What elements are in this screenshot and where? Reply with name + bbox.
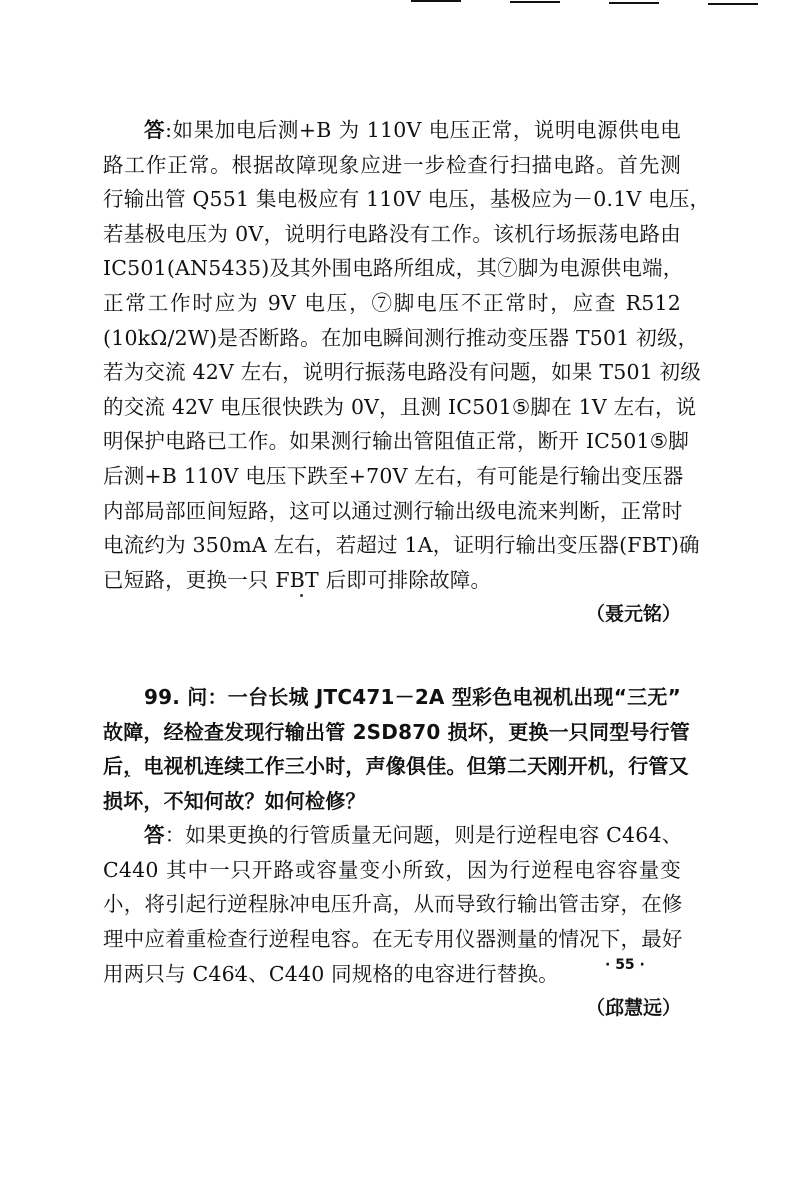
answer-98-line-7: (10kΩ/2W)是否断路。在加电瞬间测行推动变压器 T501 初级，	[103, 321, 681, 356]
scan-speck	[235, 969, 237, 971]
answer-98: 答:如果加电后测+B 为 110V 电压正常，说明电源供电电 路工作正常。根据故…	[103, 113, 681, 597]
answer-98-line-10: 明保护电路已工作。如果测行输出管阻值正常，断开 IC501⑤脚	[103, 424, 681, 459]
answer-98-line-6: 正常工作时应为 9V 电压，⑦脚电压不正常时，应查 R512	[103, 286, 681, 321]
answer-99-line-5: 用两只与 C464、C440 同规格的电容进行替换。	[103, 957, 681, 992]
answer-99-line-2: C440 其中一只开路或容量变小所致，因为行逆程电容容量变	[103, 853, 681, 888]
question-99-line-4: 损坏，不知何故？如何检修？	[103, 784, 681, 819]
answer-99-line-3: 小，将引起行逆程脉冲电压升高，从而导致行输出管击穿，在修	[103, 887, 681, 922]
question-99-line-2: 故障，经检查发现行输出管 2SD870 损坏，更换一只同型号行管	[103, 715, 681, 750]
answer-99-line-4: 理中应着重检查行逆程电容。在无专用仪器测量的情况下，最好	[103, 922, 681, 957]
top-rule-2	[510, 1, 560, 3]
answer-98-line-9: 的交流 42V 电压很快跌为 0V，且测 IC501⑤脚在 1V 左右，说	[103, 390, 681, 425]
page-number: · 55 ·	[605, 957, 645, 973]
top-rule-3	[609, 2, 659, 4]
answer-98-line-5: IC501(AN5435)及其外围电路所组成，其⑦脚为电源供电端，	[103, 251, 681, 286]
answer-98-line-8: 若为交流 42V 左右，说明行振荡电路没有问题，如果 T501 初级	[103, 355, 681, 390]
section-gap	[103, 632, 681, 680]
question-99-line-3: 后，电视机连续工作三小时，声像俱佳。但第二天刚开机，行管又	[103, 749, 681, 784]
scan-speck	[128, 775, 130, 777]
answer-98-line-1: 答:如果加电后测+B 为 110V 电压正常，说明电源供电电	[103, 113, 681, 148]
answer-lead: 答	[144, 823, 165, 847]
answer-98-line-11: 后测+B 110V 电压下跌至+70V 左右，有可能是行输出变压器	[103, 459, 681, 494]
answer-99-line-1: 答：如果更换的行管质量无问题，则是行逆程电容 C464、	[103, 818, 681, 853]
question-99-line-1: 99. 问：一台长城 JTC471－2A 型彩色电视机出现“三无”	[103, 680, 681, 715]
top-rule-4	[708, 3, 758, 5]
answer-98-line-14: 已短路，更换一只 FBT 后即可排除故障。	[103, 563, 681, 598]
answer-lead: 答	[144, 118, 165, 142]
answer-98-line-13: 电流约为 350mA 左右，若超过 1A，证明行输出变压器(FBT)确	[103, 528, 681, 563]
author-credit-99: （邱慧远）	[103, 991, 681, 1026]
scan-speck	[335, 932, 337, 934]
question-99: 99. 问：一台长城 JTC471－2A 型彩色电视机出现“三无” 故障，经检查…	[103, 680, 681, 818]
answer-98-line-3: 行输出管 Q551 集电极应有 110V 电压，基极应为－0.1V 电压，	[103, 182, 681, 217]
answer-98-line-2: 路工作正常。根据故障现象应进一步检查行扫描电路。首先测	[103, 148, 681, 183]
answer-99: 答：如果更换的行管质量无问题，则是行逆程电容 C464、 C440 其中一只开路…	[103, 818, 681, 991]
answer-98-line-12: 内部局部匝间短路，这可以通过测行输出级电流来判断，正常时	[103, 494, 681, 529]
author-credit-98: （聂元铭）	[103, 597, 681, 632]
page-body: 答:如果加电后测+B 为 110V 电压正常，说明电源供电电 路工作正常。根据故…	[103, 113, 681, 1026]
scan-speck	[300, 594, 303, 597]
answer-98-line-4: 若基极电压为 0V，说明行电路没有工作。该机行场振荡电路由	[103, 217, 681, 252]
top-rule-1	[411, 0, 461, 2]
